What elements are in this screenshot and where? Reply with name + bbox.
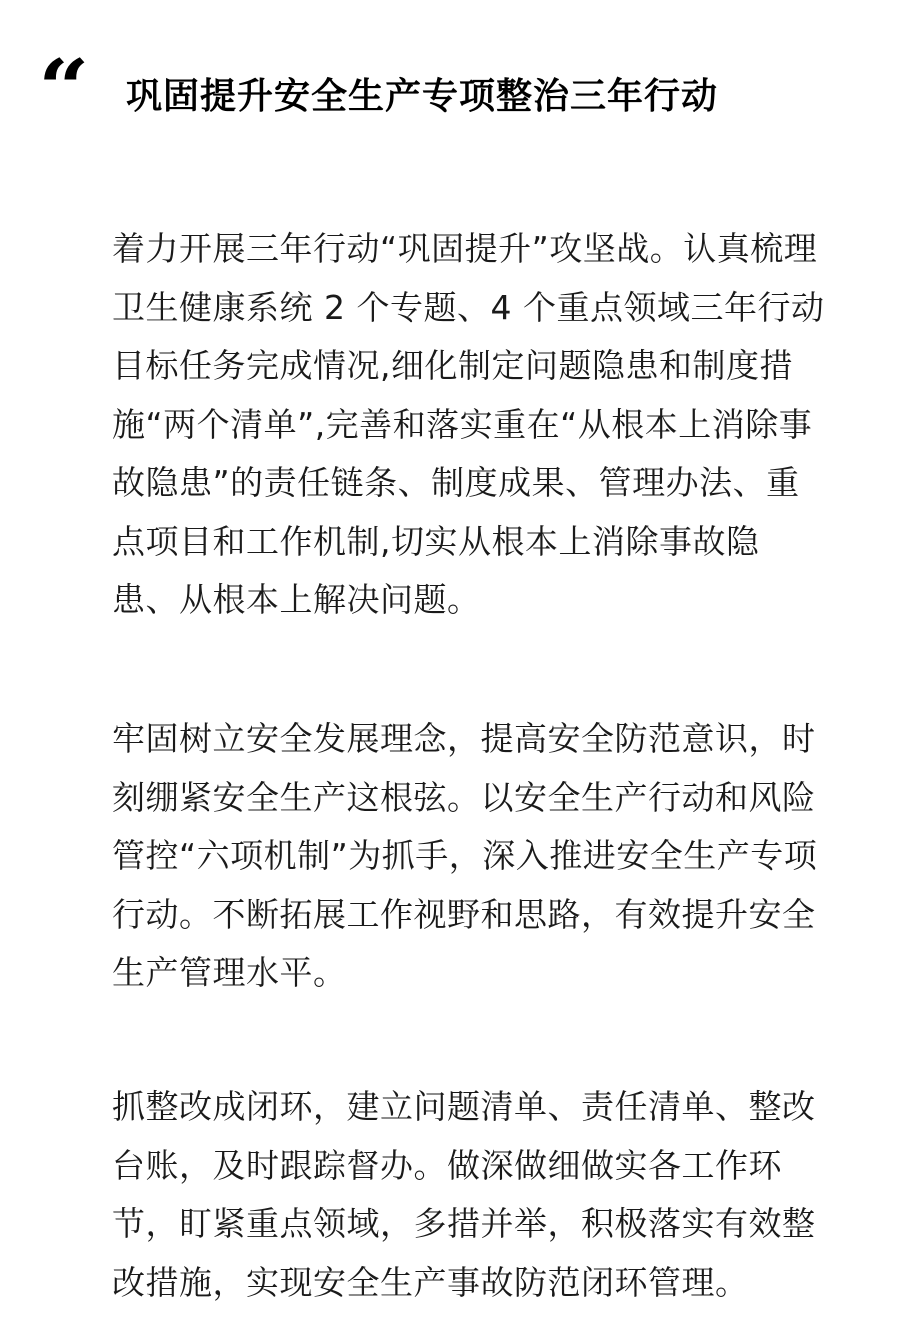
- paragraph-line: 患、从根本上解决问题。: [112, 571, 862, 630]
- paragraph-line: 行动。不断拓展工作视野和思路，有效提升安全: [112, 886, 862, 945]
- paragraph-line: 台账，及时跟踪督办。做深做细做实各工作环: [112, 1137, 862, 1196]
- paragraph-line: 生产管理水平。: [112, 944, 862, 1003]
- paragraph-line: 施“两个清单”,完善和落实重在“从根本上消除事: [112, 396, 862, 455]
- paragraph-line: 牢固树立安全发展理念，提高安全防范意识，时: [112, 710, 862, 769]
- paragraph-rectification-loop: 抓整改成闭环，建立问题清单、责任清单、整改 台账，及时跟踪督办。做深做细做实各工…: [112, 1078, 862, 1312]
- paragraph-line: 抓整改成闭环，建立问题清单、责任清单、整改: [112, 1078, 862, 1137]
- paragraph-line: 刻绷紧安全生产这根弦。以安全生产行动和风险: [112, 769, 862, 828]
- paragraph-line: 改措施，实现安全生产事故防范闭环管理。: [112, 1254, 862, 1313]
- paragraph-line: 节，盯紧重点领域，多措并举，积极落实有效整: [112, 1195, 862, 1254]
- paragraph-line: 卫生健康系统 2 个专题、4 个重点领域三年行动: [112, 279, 862, 338]
- paragraph-line: 点项目和工作机制,切实从根本上消除事故隐: [112, 513, 862, 572]
- paragraph-line: 故隐患”的责任链条、制度成果、管理办法、重: [112, 454, 862, 513]
- paragraph-line: 着力开展三年行动“巩固提升”攻坚战。认真梳理: [112, 220, 862, 279]
- paragraph-consolidate-campaign: 着力开展三年行动“巩固提升”攻坚战。认真梳理 卫生健康系统 2 个专题、4 个重…: [112, 220, 862, 630]
- article-title: 巩固提升安全生产专项整治三年行动: [126, 68, 718, 119]
- paragraph-line: 管控“六项机制”为抓手，深入推进安全生产专项: [112, 827, 862, 886]
- article-header: “ 巩固提升安全生产专项整治三年行动: [38, 58, 878, 118]
- quote-mark-icon: “: [38, 50, 85, 128]
- paragraph-safety-awareness: 牢固树立安全发展理念，提高安全防范意识，时 刻绷紧安全生产这根弦。以安全生产行动…: [112, 710, 862, 1003]
- paragraph-line: 目标任务完成情况,细化制定问题隐患和制度措: [112, 337, 862, 396]
